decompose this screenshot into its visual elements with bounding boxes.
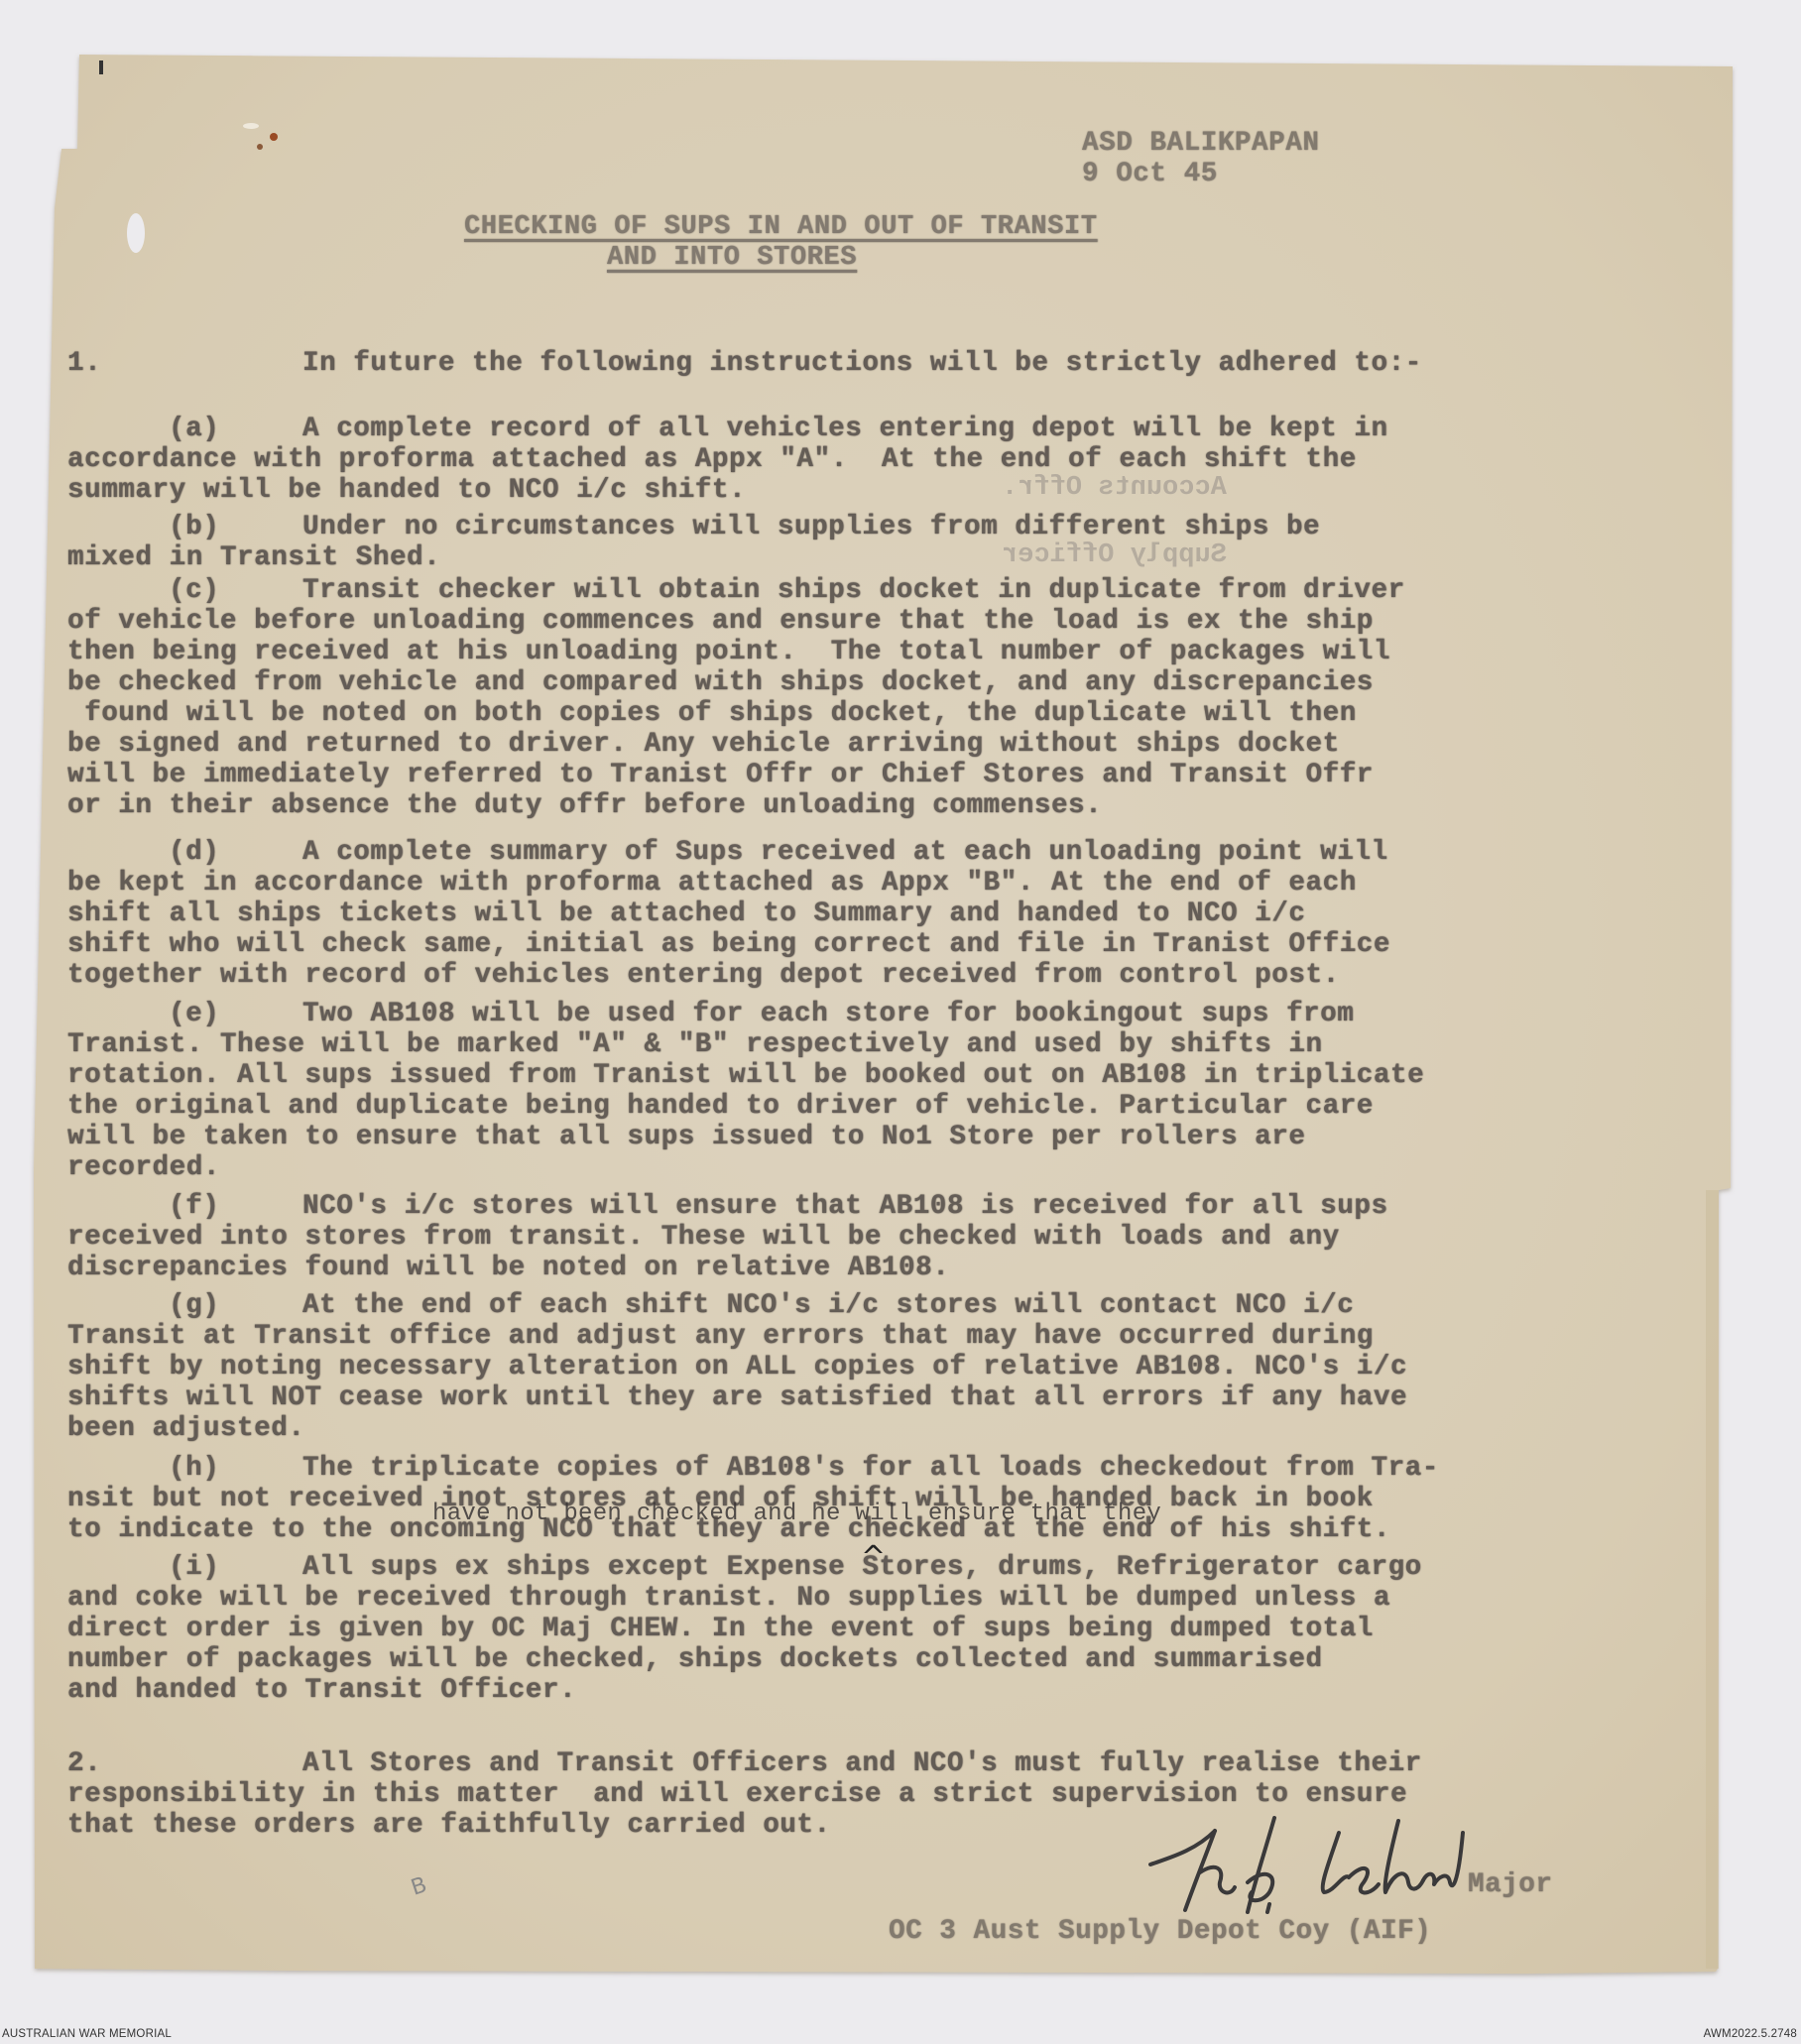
archive-accession-number: AWM2022.5.2748 <box>1704 2028 1797 2040</box>
item-line: All sups ex ships except Expense Stores,… <box>302 1553 1422 1584</box>
item-line: A complete summary of Sups received at e… <box>302 838 1388 869</box>
item-line: received into stores from transit. These… <box>67 1223 1340 1254</box>
item-line: rotation. All sups issued from Tranist w… <box>67 1061 1424 1092</box>
item-line: Two AB108 will be used for each store fo… <box>302 1000 1354 1030</box>
item-line: found will be noted on both copies of sh… <box>67 699 1357 730</box>
item-line: and handed to Transit Officer. <box>67 1676 576 1707</box>
item-line: recorded. <box>67 1153 220 1184</box>
item-line: shifts will NOT cease work until they ar… <box>67 1383 1407 1414</box>
item-line: direct order is given by OC Maj CHEW. In… <box>67 1615 1374 1645</box>
signatory-appointment: OC 3 Aust Supply Depot Coy (AIF) <box>889 1917 1431 1948</box>
show-through-text: Accounts Offr. <box>1002 473 1227 503</box>
item-line: mixed in Transit Shed. <box>67 543 440 574</box>
signatory-rank: Major <box>1468 1870 1553 1901</box>
item-line: summary will be handed to NCO i/c shift. <box>67 476 746 507</box>
item-line: Under no circumstances will supplies fro… <box>302 513 1320 543</box>
item-line: then being received at his unloading poi… <box>67 638 1390 668</box>
item-line: to indicate to the oncoming NCO that the… <box>67 1515 1390 1546</box>
item-line: be checked from vehicle and compared wit… <box>67 668 1374 699</box>
item-label: (a) <box>169 415 219 445</box>
item-line: At the end of each shift NCO's i/c store… <box>302 1291 1354 1322</box>
item-line: The triplicate copies of AB108's for all… <box>302 1454 1439 1485</box>
item-label: (e) <box>169 1000 219 1030</box>
item-line: be kept in accordance with proforma atta… <box>67 869 1357 900</box>
item-label: (i) <box>169 1553 219 1584</box>
header-date: 9 Oct 45 <box>1082 160 1218 190</box>
item-label: (f) <box>169 1192 219 1223</box>
item-line: be signed and returned to driver. Any ve… <box>67 730 1340 761</box>
item-label: (h) <box>169 1454 219 1485</box>
handwritten-signature <box>1141 1813 1517 1932</box>
item-line: accordance with proforma attached as App… <box>67 445 1357 476</box>
paragraph-line: responsibility in this matter and will e… <box>67 1780 1407 1811</box>
item-line: will be immediately referred to Tranist … <box>67 761 1374 791</box>
item-label: (d) <box>169 838 219 869</box>
item-line: shift all ships tickets will be attached… <box>67 900 1306 930</box>
item-label: (g) <box>169 1291 219 1322</box>
item-line: Transit at Transit office and adjust any… <box>67 1322 1374 1353</box>
item-line: together with record of vehicles enterin… <box>67 961 1340 992</box>
item-label: (c) <box>169 576 219 607</box>
paragraph-line: that these orders are faithfully carried… <box>67 1811 831 1842</box>
item-line: and coke will be received through tranis… <box>67 1584 1390 1615</box>
item-line: been adjusted. <box>67 1414 304 1445</box>
document-title: CHECKING OF SUPS IN AND OUT OF TRANSIT <box>464 212 1208 243</box>
item-line: or in their absence the duty offr before… <box>67 791 1102 822</box>
item-line: A complete record of all vehicles enteri… <box>302 415 1388 445</box>
item-line: Transit checker will obtain ships docket… <box>302 576 1405 607</box>
item-line: discrepancies found will be noted on rel… <box>67 1254 949 1284</box>
archive-institution: AUSTRALIAN WAR MEMORIAL <box>2 2028 172 2040</box>
paragraph-intro: In future the following instructions wil… <box>302 349 1422 380</box>
header-location: ASD BALIKPAPAN <box>1082 129 1319 160</box>
item-line: shift by noting necessary alteration on … <box>67 1353 1407 1383</box>
item-line: Tranist. These will be marked "A" & "B" … <box>67 1030 1323 1061</box>
item-line: number of packages will be checked, ship… <box>67 1645 1323 1676</box>
paragraph-number: 2. <box>67 1749 101 1780</box>
scanned-document: Accounts Offr. Supply Officer ASD BALIKP… <box>0 0 1801 2044</box>
paragraph-number: 1. <box>67 349 101 380</box>
document-title-line2: AND INTO STORES <box>607 243 1004 274</box>
show-through-text: Supply Officer <box>1002 541 1227 570</box>
item-line: of vehicle before unloading commences an… <box>67 607 1374 638</box>
item-line: will be taken to ensure that all sups is… <box>67 1123 1306 1153</box>
item-line: the original and duplicate being handed … <box>67 1092 1374 1123</box>
item-label: (b) <box>169 513 219 543</box>
paragraph-line: All Stores and Transit Officers and NCO'… <box>302 1749 1422 1780</box>
item-line: NCO's i/c stores will ensure that AB108 … <box>302 1192 1388 1223</box>
item-line: shift who will check same, initial as be… <box>67 930 1390 961</box>
